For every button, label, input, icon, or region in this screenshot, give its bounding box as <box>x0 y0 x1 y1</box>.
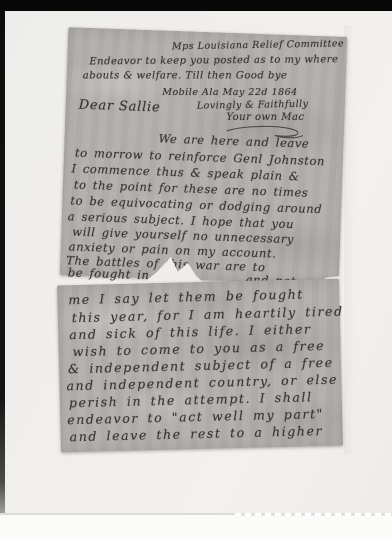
perforation-marks <box>235 513 392 516</box>
closing-line: Lovingly & Faithfully <box>197 99 309 112</box>
letter-page-top-piece: Mps Louisiana Relief Committee Endeavor … <box>60 27 347 285</box>
postscript-line-1: Endeavor to keep you posted as to my whe… <box>89 54 338 67</box>
body-line: me I say let them be fought <box>68 286 304 307</box>
film-edge-top <box>0 0 392 11</box>
scanner-strip <box>0 513 392 540</box>
postscript-line-2: abouts & welfare. Till then Good bye <box>83 70 288 81</box>
address-line: Mps Louisiana Relief Committee <box>172 38 344 52</box>
backdrop-crease <box>344 25 358 455</box>
film-edge-left <box>0 10 5 523</box>
salutation: Dear Sallie <box>78 98 160 116</box>
letter-photograph: Mps Louisiana Relief Committee Endeavor … <box>0 0 392 540</box>
date-line: Mobile Ala May 22d 1864 <box>162 87 297 98</box>
letter-page-bottom-piece: me I say let them be fought this year, f… <box>57 279 343 453</box>
body-line-torn-left: be fought in <box>68 265 150 282</box>
signature-line: Your own Mac <box>226 112 304 123</box>
